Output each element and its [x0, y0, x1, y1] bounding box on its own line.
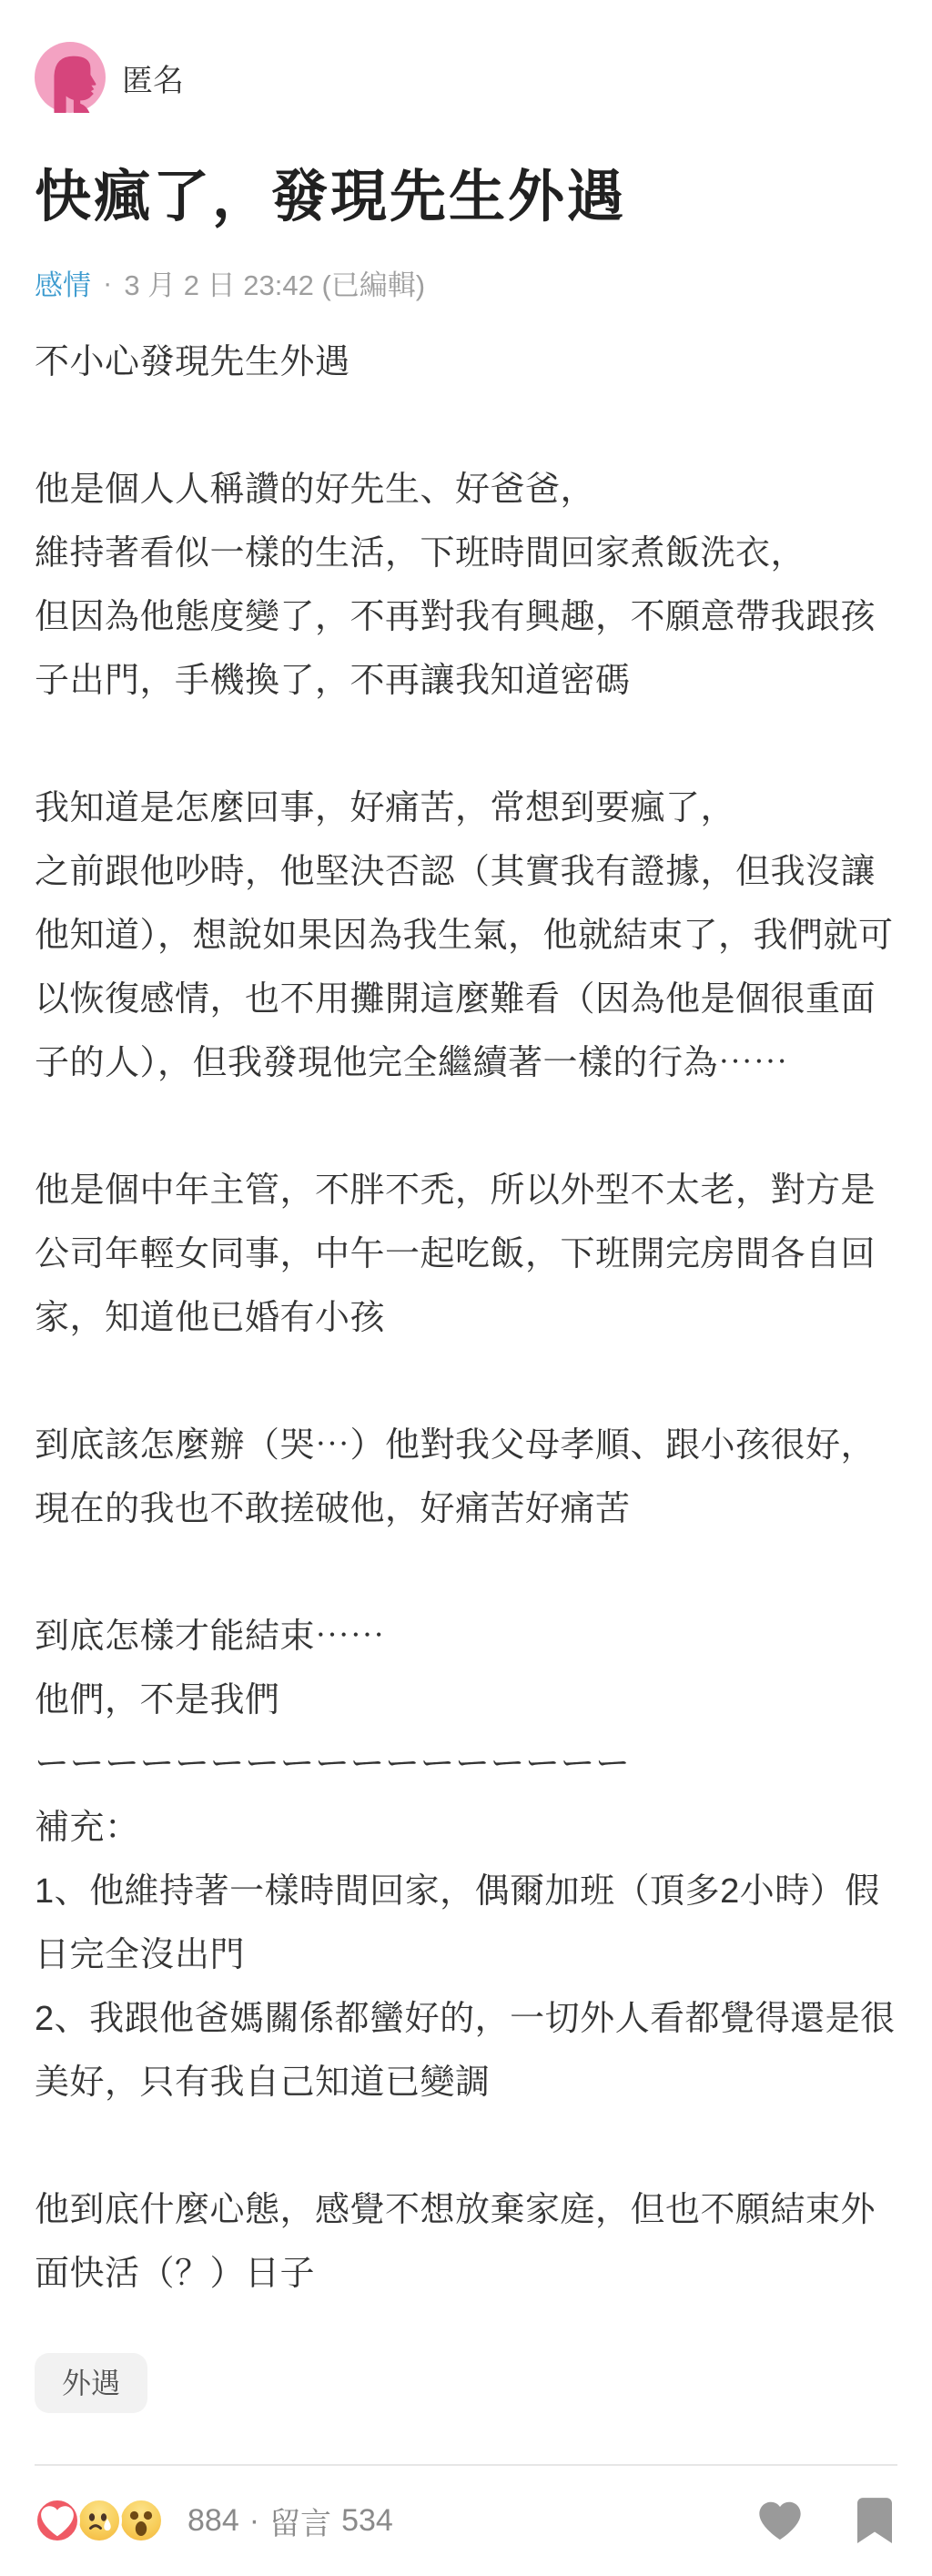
comment-label: 留言: [269, 2499, 331, 2543]
counts-row: 884 · 留言 534: [187, 2499, 393, 2543]
footer-actions: [757, 2498, 897, 2543]
wow-reaction-icon[interactable]: [118, 2498, 164, 2543]
post-body: 不小心發現先生外遇 他是個人人稱讚的好先生、好爸爸， 維持著看似一樣的生活，下班…: [35, 330, 897, 2306]
post-footer: 884 · 留言 534: [35, 2466, 897, 2575]
anonymous-avatar: [35, 42, 106, 113]
reaction-summary: 884 · 留言 534: [35, 2498, 393, 2543]
post-meta: 感情 · 3 月 2 日 23:42 (已編輯): [35, 262, 897, 303]
topic-tag-chip[interactable]: 外遇: [35, 2353, 147, 2413]
cry-reaction-icon[interactable]: [76, 2498, 122, 2543]
count-separator: ·: [249, 2503, 259, 2539]
like-button[interactable]: [757, 2500, 803, 2541]
author-row: 匿名: [35, 42, 897, 113]
bookmark-icon: [857, 2498, 892, 2543]
meta-separator: ·: [103, 267, 112, 299]
heart-reaction-icon[interactable]: [35, 2498, 80, 2543]
post-container: 匿名 快瘋了，發現先生外遇 感情 · 3 月 2 日 23:42 (已編輯) 不…: [0, 0, 932, 2576]
board-link[interactable]: 感情: [35, 262, 91, 303]
reaction-count: 884: [187, 2503, 239, 2539]
author-name: 匿名: [122, 56, 184, 100]
post-title: 快瘋了，發現先生外遇: [35, 160, 897, 235]
reaction-stack[interactable]: [35, 2498, 164, 2543]
heart-icon: [757, 2500, 803, 2541]
post-timestamp: 3 月 2 日 23:42 (已編輯): [124, 262, 425, 303]
bookmark-button[interactable]: [857, 2498, 892, 2543]
female-silhouette-icon: [35, 42, 106, 113]
comment-count: 534: [341, 2503, 393, 2539]
